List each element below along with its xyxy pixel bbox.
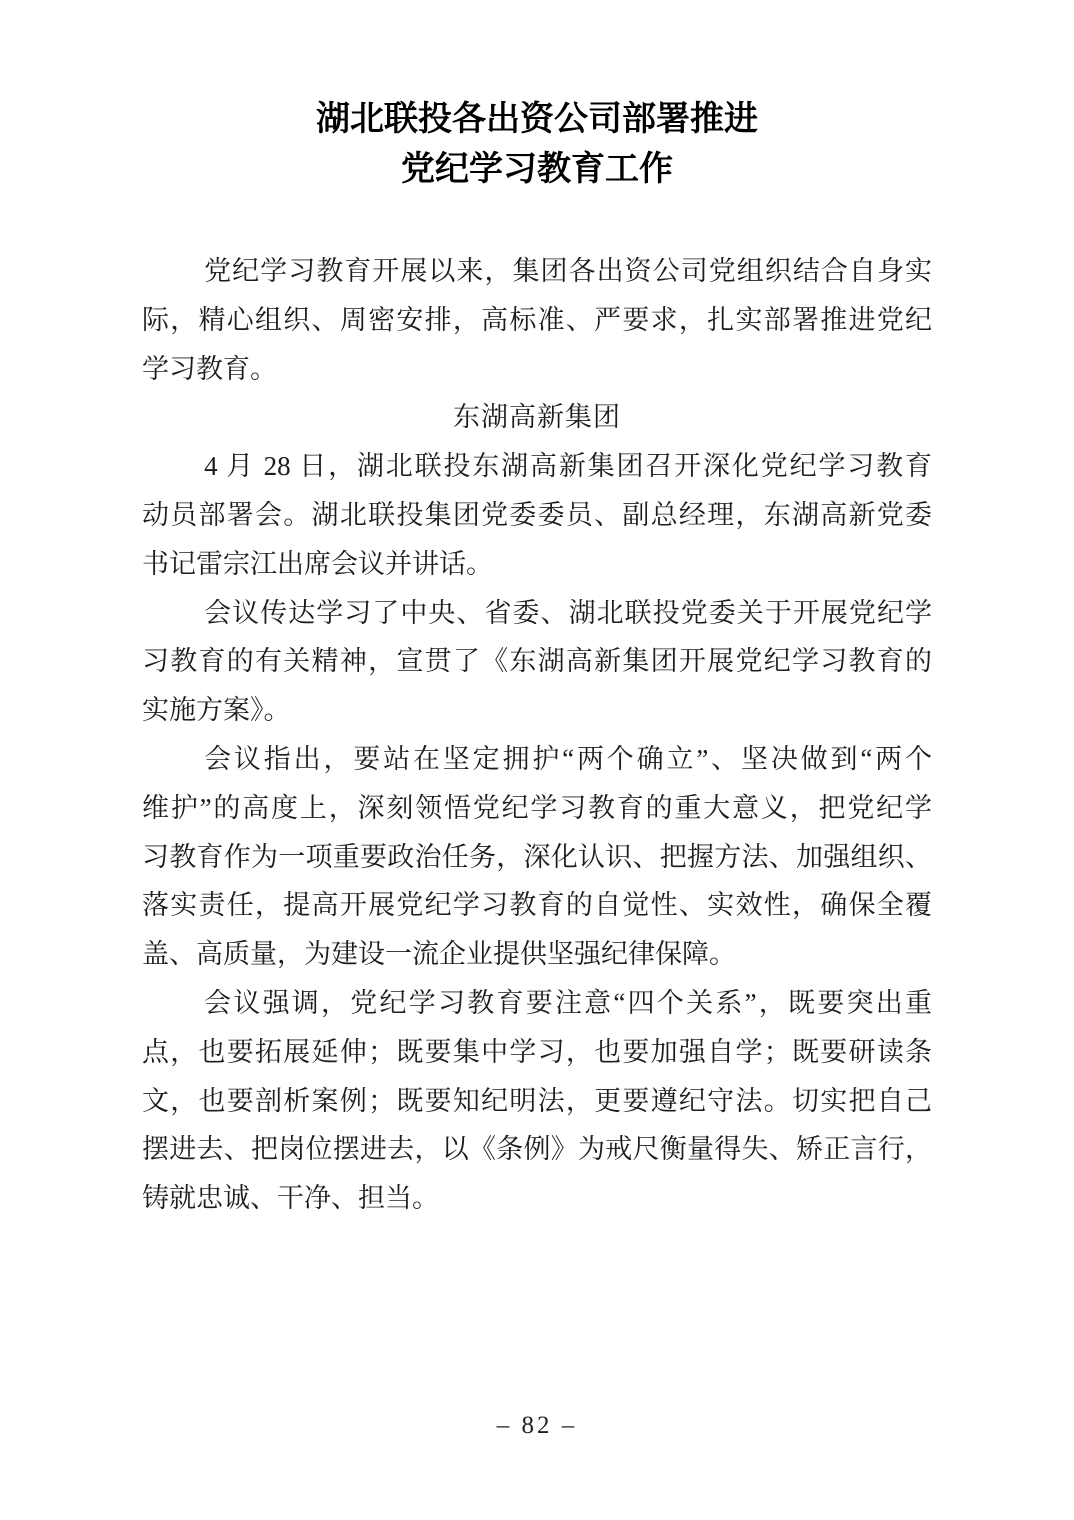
document-page: 湖北联投各出资公司部署推进 党纪学习教育工作 党纪学习教育开展以来，集团各出资公… [0,0,1074,1520]
page-number: – 82 – [497,1412,578,1439]
page-footer: – 82 – [0,1402,1074,1450]
document-title-line-2: 党纪学习教育工作 [0,145,1074,195]
paragraph-line: 会议强调，党纪学习教育要注意“四个关系”，既要突出重 [142,979,932,1028]
paragraph-line: 习教育作为一项重要政治任务，深化认识、把握方法、加强组织、 [142,833,932,882]
document-title-line-1: 湖北联投各出资公司部署推进 [0,95,1074,145]
paragraph-line: 学习教育。 [142,345,932,394]
paragraph-meeting-held: 4 月 28 日，湖北联投东湖高新集团召开深化党纪学习教育动员部署会。湖北联投集… [142,442,932,588]
paragraph-line: 习教育的有关精神，宣贯了《东湖高新集团开展党纪学习教育的 [142,637,932,686]
intro-paragraph: 党纪学习教育开展以来，集团各出资公司党组织结合自身实际，精心组织、周密安排，高标… [142,247,932,393]
paragraph-line: 际，精心组织、周密安排，高标准、严要求，扎实部署推进党纪 [142,296,932,345]
paragraph-line: 4 月 28 日，湖北联投东湖高新集团召开深化党纪学习教育 [142,442,932,491]
paragraph-line: 动员部署会。湖北联投集团党委委员、副总经理，东湖高新党委 [142,491,932,540]
paragraph-line: 会议指出，要站在坚定拥护“两个确立”、坚决做到“两个 [142,735,932,784]
paragraph-line: 文，也要剖析案例；既要知纪明法，更要遵纪守法。切实把自己 [142,1077,932,1126]
paragraph-line: 维护”的高度上，深刻领悟党纪学习教育的重大意义，把党纪学 [142,784,932,833]
paragraph-line: 党纪学习教育开展以来，集团各出资公司党组织结合自身实 [142,247,932,296]
document-body: 党纪学习教育开展以来，集团各出资公司党组织结合自身实际，精心组织、周密安排，高标… [142,247,932,1223]
paragraph-line: 会议传达学习了中央、省委、湖北联投党委关于开展党纪学 [142,589,932,638]
paragraph-line: 实施方案》。 [142,686,932,735]
document-title: 湖北联投各出资公司部署推进 党纪学习教育工作 [0,0,1074,195]
paragraph-line: 点，也要拓展延伸；既要集中学习，也要加强自学；既要研读条 [142,1028,932,1077]
paragraph-meeting-conveyed: 会议传达学习了中央、省委、湖北联投党委关于开展党纪学习教育的有关精神，宣贯了《东… [142,589,932,735]
paragraph-meeting-pointed-out: 会议指出，要站在坚定拥护“两个确立”、坚决做到“两个维护”的高度上，深刻领悟党纪… [142,735,932,979]
paragraph-line: 摆进去、把岗位摆进去，以《条例》为戒尺衡量得失、矫正言行， [142,1125,932,1174]
section-heading-donghu-gaoxin: 东湖高新集团 [142,393,932,442]
paragraph-line: 盖、高质量，为建设一流企业提供坚强纪律保障。 [142,930,932,979]
paragraph-meeting-emphasized: 会议强调，党纪学习教育要注意“四个关系”，既要突出重点，也要拓展延伸；既要集中学… [142,979,932,1223]
paragraph-line: 书记雷宗江出席会议并讲话。 [142,540,932,589]
paragraph-line: 铸就忠诚、干净、担当。 [142,1174,932,1223]
paragraph-line: 落实责任，提高开展党纪学习教育的自觉性、实效性，确保全覆 [142,881,932,930]
